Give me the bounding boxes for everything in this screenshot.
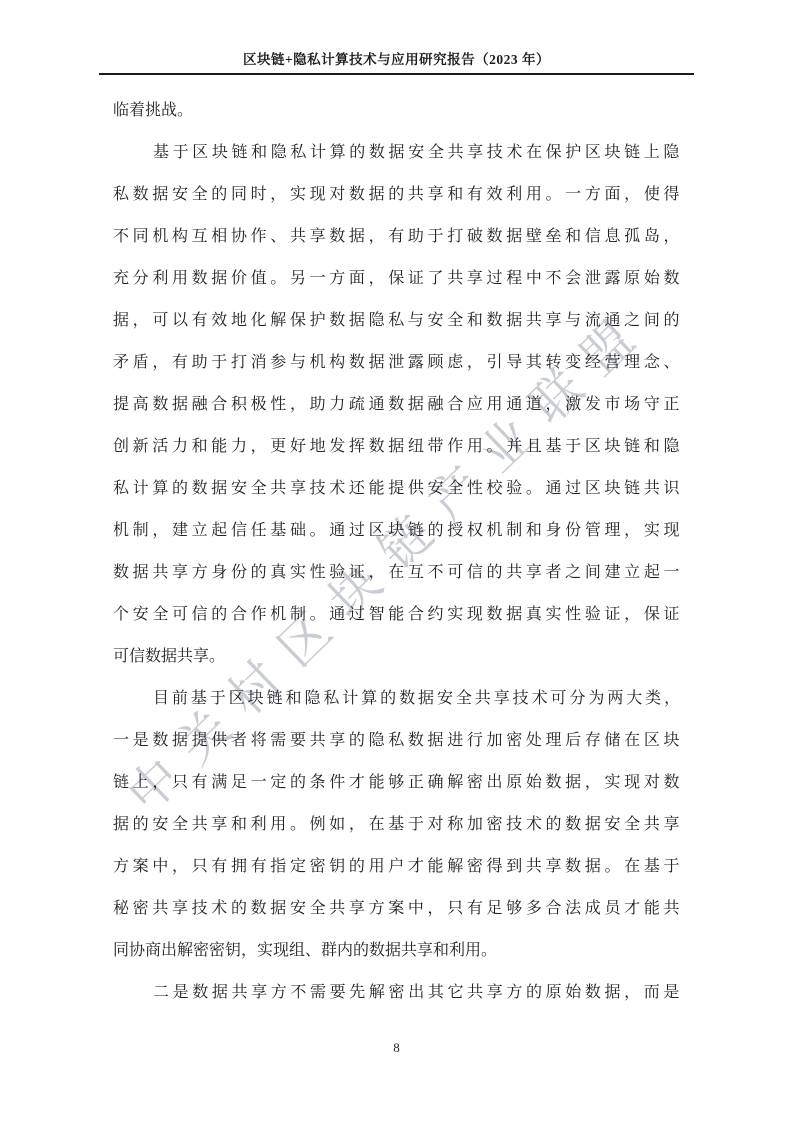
page-header-title: 区块链+隐私计算技术与应用研究报告（2023 年）: [0, 50, 793, 70]
text-line: 据，可以有效地化解保护数据隐私与安全和数据共享与流通之间的: [113, 300, 683, 342]
header-rule: [99, 73, 694, 75]
text-line: 目前基于区块链和隐私计算的数据安全共享技术可分为两大类，: [113, 678, 683, 720]
page-number: 8: [0, 1038, 793, 1058]
text-line: 提高数据融合积极性，助力疏通数据融合应用通道，激发市场守正: [113, 384, 683, 426]
text-line: 秘密共享技术的数据安全共享方案中，只有足够多合法成员才能共: [113, 888, 683, 930]
text-line: 同协商出解密密钥，实现组、群内的数据共享和利用。: [113, 930, 683, 972]
body-text: 临着挑战。基于区块链和隐私计算的数据安全共享技术在保护区块链上隐私数据安全的同时…: [113, 90, 683, 1014]
text-line: 私数据安全的同时，实现对数据的共享和有效利用。一方面，使得: [113, 174, 683, 216]
text-line: 可信数据共享。: [113, 636, 683, 678]
text-line: 私计算的数据安全共享技术还能提供安全性校验。通过区块链共识: [113, 468, 683, 510]
text-line: 临着挑战。: [113, 90, 683, 132]
text-line: 数据共享方身份的真实性验证，在互不可信的共享者之间建立起一: [113, 552, 683, 594]
text-line: 基于区块链和隐私计算的数据安全共享技术在保护区块链上隐: [113, 132, 683, 174]
text-line: 个安全可信的合作机制。通过智能合约实现数据真实性验证，保证: [113, 594, 683, 636]
text-line: 不同机构互相协作、共享数据，有助于打破数据壁垒和信息孤岛，: [113, 216, 683, 258]
text-line: 一是数据提供者将需要共享的隐私数据进行加密处理后存储在区块: [113, 720, 683, 762]
text-line: 链上，只有满足一定的条件才能够正确解密出原始数据，实现对数: [113, 762, 683, 804]
report-page: 区块链+隐私计算技术与应用研究报告（2023 年） 中关村区块链产业联盟 临着挑…: [0, 0, 793, 1122]
text-line: 方案中，只有拥有指定密钥的用户才能解密得到共享数据。在基于: [113, 846, 683, 888]
text-line: 充分利用数据价值。另一方面，保证了共享过程中不会泄露原始数: [113, 258, 683, 300]
text-line: 机制，建立起信任基础。通过区块链的授权机制和身份管理，实现: [113, 510, 683, 552]
text-line: 据的安全共享和利用。例如，在基于对称加密技术的数据安全共享: [113, 804, 683, 846]
text-line: 创新活力和能力，更好地发挥数据纽带作用。并且基于区块链和隐: [113, 426, 683, 468]
text-line: 二是数据共享方不需要先解密出其它共享方的原始数据，而是: [113, 972, 683, 1014]
text-line: 矛盾，有助于打消参与机构数据泄露顾虑，引导其转变经营理念、: [113, 342, 683, 384]
